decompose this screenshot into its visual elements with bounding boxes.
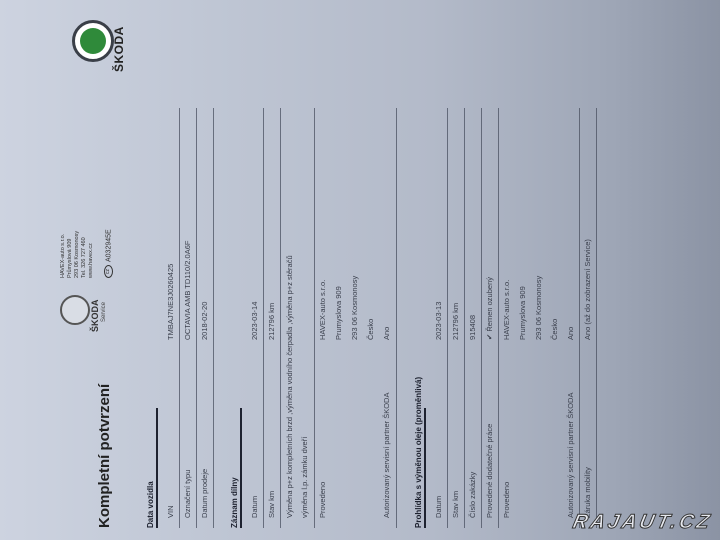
workshop-date-value: 2023-03-14	[250, 302, 259, 340]
workshop-partner-label: Autorizovaný servisní partner ŠKODA	[382, 393, 391, 518]
section-rule	[424, 408, 426, 528]
order-number-label: Číslo zakázky	[468, 472, 477, 518]
brand-name: ŠKODA	[112, 26, 126, 72]
oil-km-value: 212796 km	[451, 303, 460, 340]
skoda-service-icon	[60, 295, 90, 325]
skoda-winged-arrow-icon	[72, 20, 114, 62]
oil-date-label: Datum	[434, 496, 443, 518]
workshop-partner-value: Ano	[382, 327, 391, 340]
vehicle-data-heading: Data vozidla	[146, 481, 155, 528]
workshop-km-label: Stav km	[267, 491, 276, 518]
checkmark-icon: ✔	[485, 332, 494, 340]
certificate-icon: cz	[104, 265, 113, 278]
section-rule	[156, 408, 158, 528]
sale-date-value: 2018-02-20	[200, 302, 209, 340]
work-line-2: výměna l.p. zámku dveří	[300, 437, 309, 518]
workshop-km-value: 212796 km	[267, 303, 276, 340]
section-rule	[240, 408, 242, 528]
workshop-performed-label: Provedeno	[318, 482, 327, 518]
order-number-value: 915408	[468, 315, 477, 340]
workshop-date-label: Datum	[250, 496, 259, 518]
oil-performed-label: Provedeno	[502, 482, 511, 518]
oil-km-label: Stav km	[451, 491, 460, 518]
workshop-record-heading: Záznam dílny	[230, 477, 239, 528]
vin-value: TMBAJ7NE3J0260425	[166, 264, 175, 340]
type-value: OCTAVIA AMB TD110/2.0A6F	[183, 241, 192, 341]
certificate-mark: czA032945E	[104, 229, 113, 278]
oil-partner-value: Ano	[566, 327, 575, 340]
service-brand: ŠKODA	[90, 299, 100, 332]
extra-work-value: ✔ Řemen ozubený	[485, 277, 494, 340]
sale-date-label: Datum prodeje	[200, 469, 209, 518]
watermark: RAJAUT.CZ	[571, 511, 715, 534]
work-line-1: Výměna p+z kompletních brzd ,výměna vodn…	[285, 255, 294, 518]
service-confirmation-page: Kompletní potvrzení ŠKODA Service HAVEX-…	[0, 0, 720, 540]
service-sub: Service	[101, 302, 107, 322]
dealer-info: HAVEX-auto s.r.o. Průmyslová 909 293 06 …	[60, 231, 95, 278]
type-label: Označení typu	[183, 470, 192, 518]
oil-partner-label: Autorizovaný servisní partner ŠKODA	[566, 393, 575, 518]
page-title: Kompletní potvrzení	[96, 384, 113, 528]
extra-work-label: Provedené dodatečné práce	[485, 424, 494, 518]
oil-date-value: 2023-03-13	[434, 302, 443, 340]
oil-inspection-heading: Prohlídka s výměnou oleje (proměnlivá)	[414, 377, 423, 528]
mobility-value: Ano (až do zobrazení Service)	[583, 239, 592, 340]
vin-label: VIN	[166, 505, 175, 518]
